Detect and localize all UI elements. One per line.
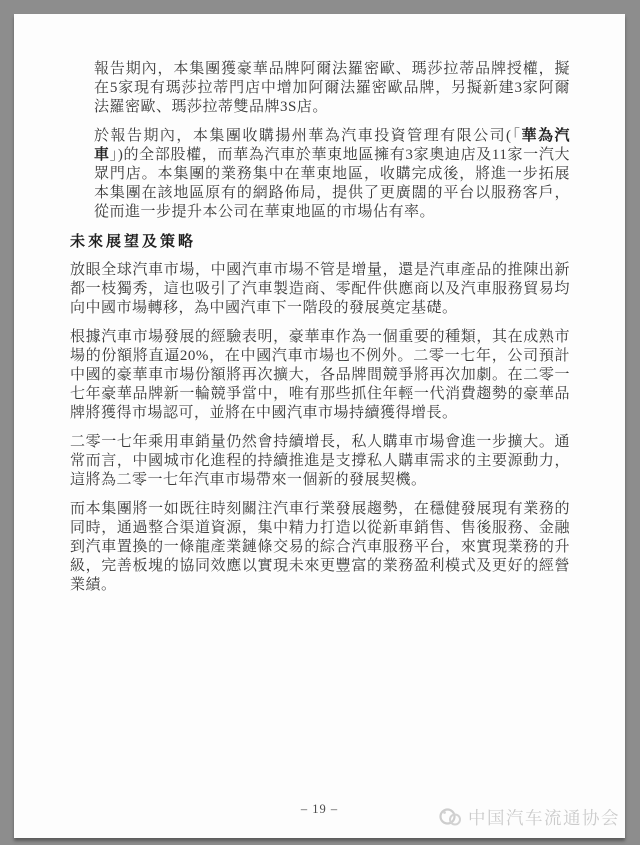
page-content: 報告期內，本集團獲豪華品牌阿爾法羅密歐、瑪莎拉蒂品牌授權，擬在5家現有瑪莎拉蒂門… [70, 60, 570, 605]
paragraph-passenger-vehicle-sales: 二零一七年乘用車銷量仍然會持續增長，私人購車市場會進一步擴大。通常而言，中國城市… [70, 433, 570, 490]
section-heading-future-outlook: 未來展望及策略 [70, 232, 570, 251]
paragraph-luxury-market: 根據汽車市場發展的經驗表明，豪華車作為一個重要的種類，其在成熟市場的份額將直逼2… [70, 328, 570, 423]
cada-logo-icon [438, 806, 465, 829]
watermark-text: 中国汽车流通协会 [468, 805, 620, 830]
paragraph-acquisition: 於報告期內，本集團收購揚州華為汽車投資管理有限公司(「華為汽車」)的全部股權，而… [94, 127, 570, 222]
paragraph-global-market: 放眼全球汽車市場，中國汽車市場不管是增量，還是汽車產品的推陳出新都一枝獨秀，這也… [70, 261, 570, 318]
watermark: 中国汽车流通协会 [438, 805, 620, 830]
paragraph-group-strategy: 而本集團將一如既往時刻關注汽車行業發展趨勢，在穩健發展現有業務的同時，通過整合渠… [70, 500, 570, 595]
document-page: 報告期內，本集團獲豪華品牌阿爾法羅密歐、瑪莎拉蒂品牌授權，擬在5家現有瑪莎拉蒂門… [14, 14, 625, 838]
paragraph-text: 」)的全部股權，而華為汽車於華東地區擁有3家奧迪店及11家一汽大眾門店。本集團的… [94, 147, 570, 220]
paragraph-brand-authorization: 報告期內，本集團獲豪華品牌阿爾法羅密歐、瑪莎拉蒂品牌授權，擬在5家現有瑪莎拉蒂門… [94, 60, 570, 117]
paragraph-text: 於報告期內，本集團收購揚州華為汽車投資管理有限公司(「 [94, 128, 522, 144]
